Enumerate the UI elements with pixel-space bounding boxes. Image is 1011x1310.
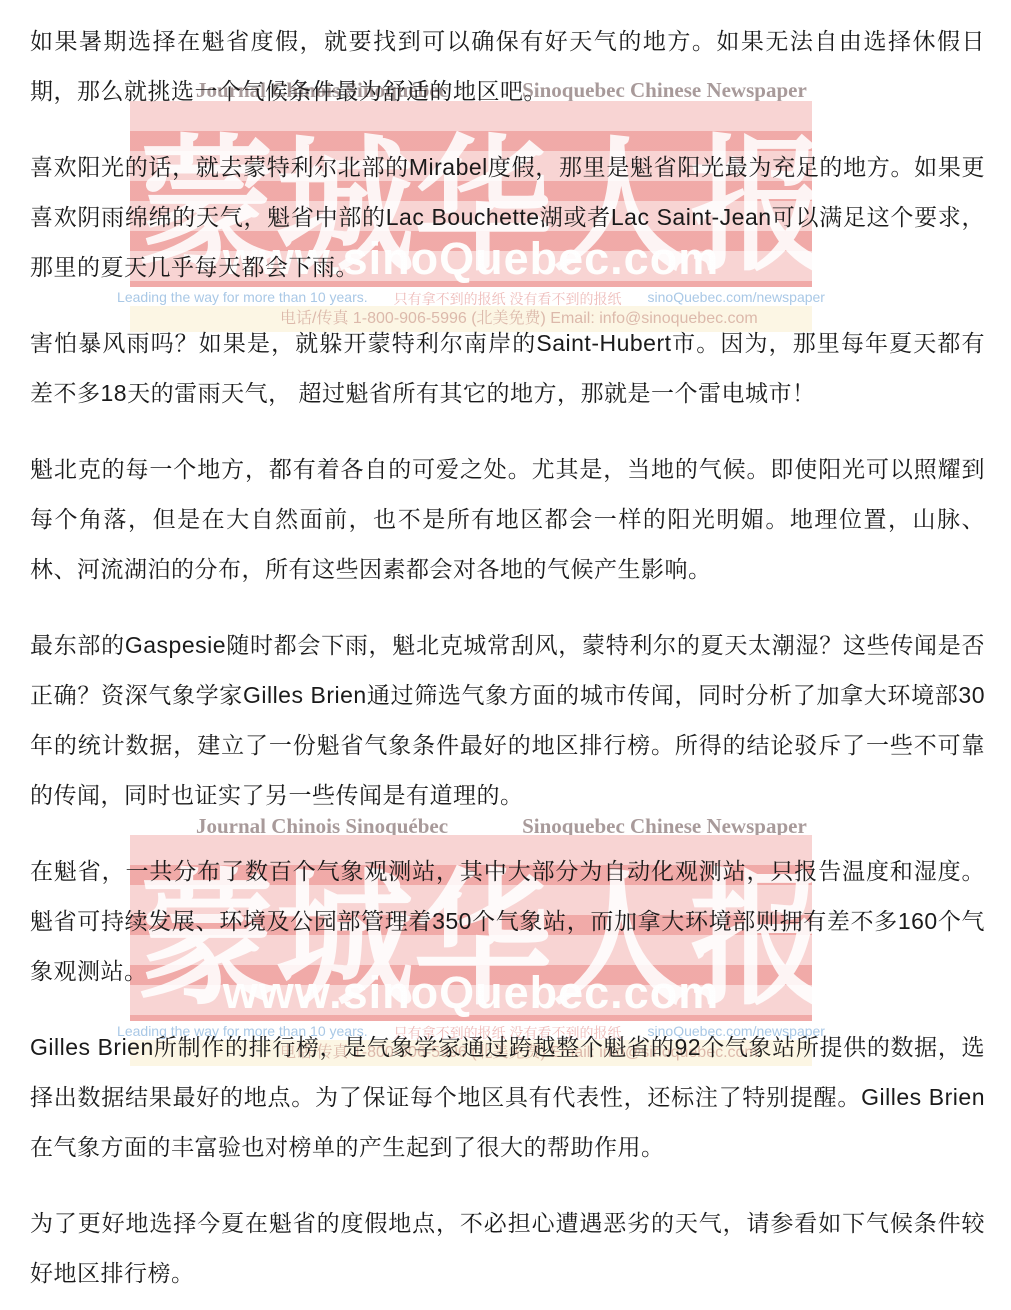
article-paragraph-1: 如果暑期选择在魁省度假，就要找到可以确保有好天气的地方。如果无法自由选择休假日期…: [30, 16, 985, 116]
article-body: 如果暑期选择在魁省度假，就要找到可以确保有好天气的地方。如果无法自由选择休假日期…: [0, 0, 1011, 1298]
newspaper-article-page: Journal Chinois Sinoquébec Sinoquebec Ch…: [0, 0, 1011, 1310]
article-paragraph-7: Gilles Brien所制作的排行榜，是气象学家通过跨越整个魁省的92个气象站…: [30, 1022, 985, 1172]
article-paragraph-6: 在魁省，一共分布了数百个气象观测站，其中大部分为自动化观测站，只报告温度和湿度。…: [30, 846, 985, 996]
article-paragraph-2: 喜欢阳光的话，就去蒙特利尔北部的Mirabel度假，那里是魁省阳光最为充足的地方…: [30, 142, 985, 292]
article-paragraph-5: 最东部的Gaspesie随时都会下雨，魁北克城常刮风，蒙特利尔的夏天太潮湿？这些…: [30, 620, 985, 820]
article-paragraph-8: 为了更好地选择今夏在魁省的度假地点，不必担心遭遇恶劣的天气，请参看如下气候条件较…: [30, 1198, 985, 1298]
article-paragraph-4: 魁北克的每一个地方，都有着各自的可爱之处。尤其是，当地的气候。即使阳光可以照耀到…: [30, 444, 985, 594]
article-paragraph-3: 害怕暴风雨吗？如果是，就躲开蒙特利尔南岸的Saint-Hubert市。因为，那里…: [30, 318, 985, 418]
